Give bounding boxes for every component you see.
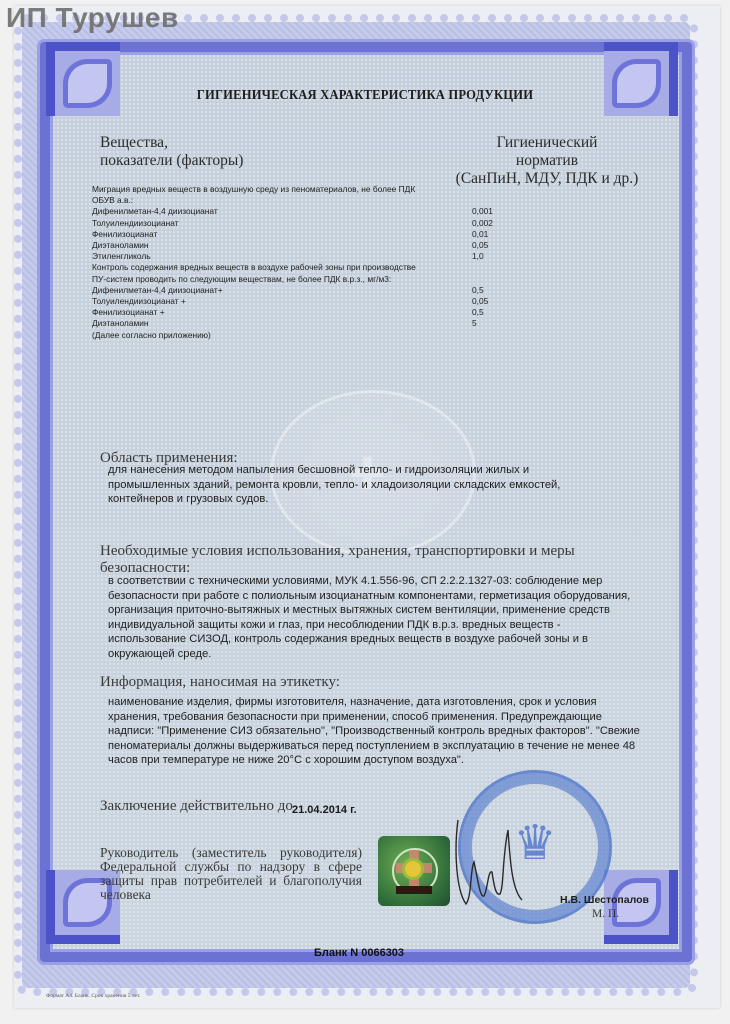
- migration-unit: ОБУВ а.в.:: [92, 195, 512, 206]
- column-header-line: норматив: [472, 152, 622, 170]
- footer-note: Формат А4. Бланк. Срок хранения 5 лет.: [46, 993, 140, 999]
- norm-value: 0,01: [472, 229, 512, 240]
- workzone-rows: Дифенилметан-4,4 диизоцианат+0,5Толуилен…: [92, 285, 512, 330]
- norm-value: 0,001: [472, 206, 512, 217]
- workzone-intro-2: ПУ-систем проводить по следующим веществ…: [92, 274, 512, 285]
- table-row: Фенилизоцианат +0,5: [92, 307, 512, 318]
- blank-number: Бланк N 0066303: [314, 947, 404, 959]
- substance-name: Этиленгликоль: [92, 251, 151, 262]
- table-row: Толуилендиизоцианат +0,05: [92, 296, 512, 307]
- norm-value: 0,5: [472, 307, 512, 318]
- substance-name: Толуилендиизоцианат +: [92, 296, 186, 307]
- table-row: Фенилизоцианат0,01: [92, 229, 512, 240]
- conditions-heading: Необходимые условия использования, хране…: [100, 543, 600, 577]
- norm-value: 0,05: [472, 240, 512, 251]
- document-title: ГИГИЕНИЧЕСКАЯ ХАРАКТЕРИСТИКА ПРОДУКЦИИ: [37, 88, 694, 104]
- workzone-note: (Далее согласно приложению): [92, 330, 512, 341]
- column-header-line: Вещества,: [100, 134, 243, 152]
- substance-name: Диэтаноламин: [92, 240, 149, 251]
- label-info-heading: Информация, наносимая на этикетку:: [100, 674, 340, 691]
- column-header-line: Гигиенический: [472, 134, 622, 152]
- application-body: для нанесения методом напыления бесшовно…: [108, 463, 598, 507]
- workzone-intro-1: Контроль содержания вредных веществ в во…: [92, 262, 512, 273]
- norm-value: 5: [472, 318, 512, 329]
- migration-rows: Дифенилметан-4,4 диизоцианат0,001Толуиле…: [92, 206, 512, 262]
- norm-value: 0,05: [472, 296, 512, 307]
- signature-icon: [452, 800, 532, 910]
- signatory-position: Руководитель (заместитель руководителя) …: [100, 846, 362, 902]
- table-row: Диэтаноламин5: [92, 318, 512, 329]
- substance-name: Толуилендиизоцианат: [92, 218, 179, 229]
- validity-date: 21.04.2014 г.: [292, 804, 357, 816]
- hologram-tag: [396, 886, 432, 894]
- corner-ornament-icon: [604, 42, 678, 116]
- column-header-norm: Гигиенический норматив (СанПиН, МДУ, ПДК…: [472, 134, 622, 188]
- overlay-brand-watermark: ИП Турушев: [6, 2, 179, 34]
- substance-name: Фенилизоцианат: [92, 229, 157, 240]
- column-header-line: показатели (факторы): [100, 152, 243, 170]
- norm-value: 0,5: [472, 285, 512, 296]
- corner-ornament-icon: [604, 870, 678, 944]
- substance-name: Диэтаноламин: [92, 318, 149, 329]
- hologram-seal-icon: [378, 836, 450, 906]
- substance-name: Дифенилметан-4,4 диизоцианат: [92, 206, 218, 217]
- table-row: Толуилендиизоцианат0,002: [92, 218, 512, 229]
- label-info-body: наименование изделия, фирмы изготовителя…: [108, 695, 642, 768]
- hologram-core: [402, 858, 424, 880]
- norm-value: 1,0: [472, 251, 512, 262]
- norm-value: 0,002: [472, 218, 512, 229]
- column-header-substances: Вещества, показатели (факторы): [100, 134, 243, 170]
- validity-label: Заключение действительно до: [100, 798, 293, 815]
- substance-name: Дифенилметан-4,4 диизоцианат+: [92, 285, 223, 296]
- conditions-body: в соответствии с техническими условиями,…: [108, 574, 640, 661]
- table-row: Дифенилметан-4,4 диизоцианат0,001: [92, 206, 512, 217]
- corner-ornament-icon: [46, 42, 120, 116]
- seal-mark: М. П.: [592, 908, 619, 920]
- norms-table: Миграция вредных веществ в воздушную сре…: [92, 184, 512, 341]
- table-row: Дифенилметан-4,4 диизоцианат+0,5: [92, 285, 512, 296]
- table-row: Диэтаноламин0,05: [92, 240, 512, 251]
- table-row: Этиленгликоль1,0: [92, 251, 512, 262]
- substance-name: Фенилизоцианат +: [92, 307, 165, 318]
- migration-intro: Миграция вредных веществ в воздушную сре…: [92, 184, 512, 195]
- signatory-name: Н.В. Шестопалов: [560, 894, 649, 906]
